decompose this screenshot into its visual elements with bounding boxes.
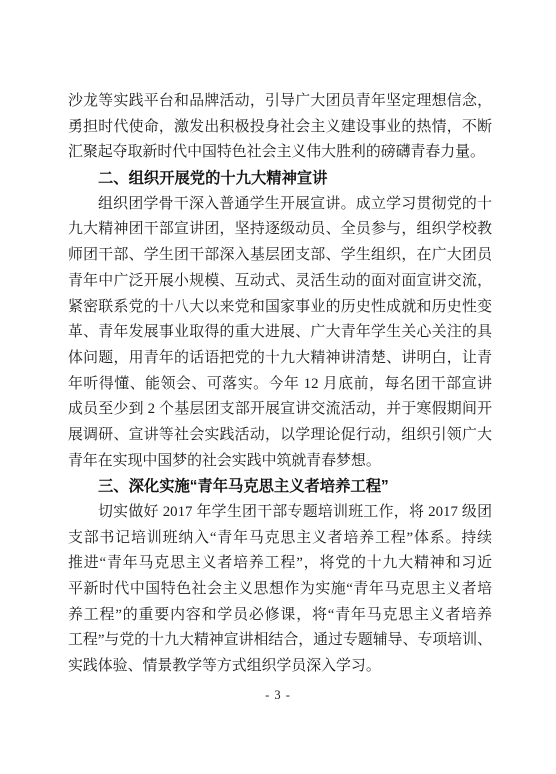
text-line: 养工程”的重要内容和学员必修课，将“青年马克思主义者培养 [68, 603, 492, 629]
text-line: 组织团学骨干深入普通学生开展宣讲。成立学习贯彻党的十 [68, 192, 492, 218]
text-line: 九大精神团干部宣讲团，坚持逐级动员、全员参与，组织学校教 [68, 217, 492, 243]
text-line: 展调研、宣讲等社会实践活动，以学理论促行动，组织引领广大 [68, 423, 492, 449]
text-line: 革、青年发展事业取得的重大进展、广大青年学生关心关注的具 [68, 320, 492, 346]
text-line: 体问题，用青年的话语把党的十九大精神讲清楚、讲明白，让青 [68, 346, 492, 372]
text-line: 紧密联系党的十八大以来党和国家事业的历史性成就和历史性变 [68, 295, 492, 321]
text-line: 青年在实现中国梦的社会实践中筑就青春梦想。 [68, 449, 492, 475]
text-line: 实践体验、情景教学等方式组织学员深入学习。 [68, 654, 492, 680]
text-line: 勇担时代使命，激发出积极投身社会主义建设事业的热情，不断 [68, 115, 492, 141]
document-page: 沙龙等实践平台和品牌活动，引导广大团员青年坚定理想信念，勇担时代使命，激发出积极… [0, 0, 556, 774]
text-line: 推进“青年马克思主义者培养工程”，将党的十九大精神和习近 [68, 551, 492, 577]
text-line: 年听得懂、能领会、可落实。今年 12 月底前，每名团干部宣讲团 [68, 372, 492, 398]
section-heading: 三、深化实施“青年马克思主义者培养工程” [68, 474, 492, 500]
text-line: 支部书记培训班纳入“青年马克思主义者培养工程”体系。持续 [68, 526, 492, 552]
text-line: 师团干部、学生团干部深入基层团支部、学生组织，在广大团员 [68, 243, 492, 269]
section-heading: 二、组织开展党的十九大精神宣讲 [68, 166, 492, 192]
text-line: 汇聚起夺取新时代中国特色社会主义伟大胜利的磅礴青春力量。 [68, 140, 492, 166]
text-line: 成员至少到 2 个基层团支部开展宣讲交流活动，并于寒假期间开 [68, 397, 492, 423]
text-line: 切实做好 2017 年学生团干部专题培训班工作，将 2017 级团 [68, 500, 492, 526]
text-line: 平新时代中国特色社会主义思想作为实施“青年马克思主义者培 [68, 577, 492, 603]
text-line: 青年中广泛开展小规模、互动式、灵活生动的面对面宣讲交流， [68, 269, 492, 295]
text-line: 工程”与党的十九大精神宣讲相结合，通过专题辅导、专项培训、 [68, 628, 492, 654]
page-number: - 3 - [0, 685, 556, 705]
text-line: 沙龙等实践平台和品牌活动，引导广大团员青年坚定理想信念， [68, 89, 492, 115]
document-body: 沙龙等实践平台和品牌活动，引导广大团员青年坚定理想信念，勇担时代使命，激发出积极… [68, 89, 492, 680]
